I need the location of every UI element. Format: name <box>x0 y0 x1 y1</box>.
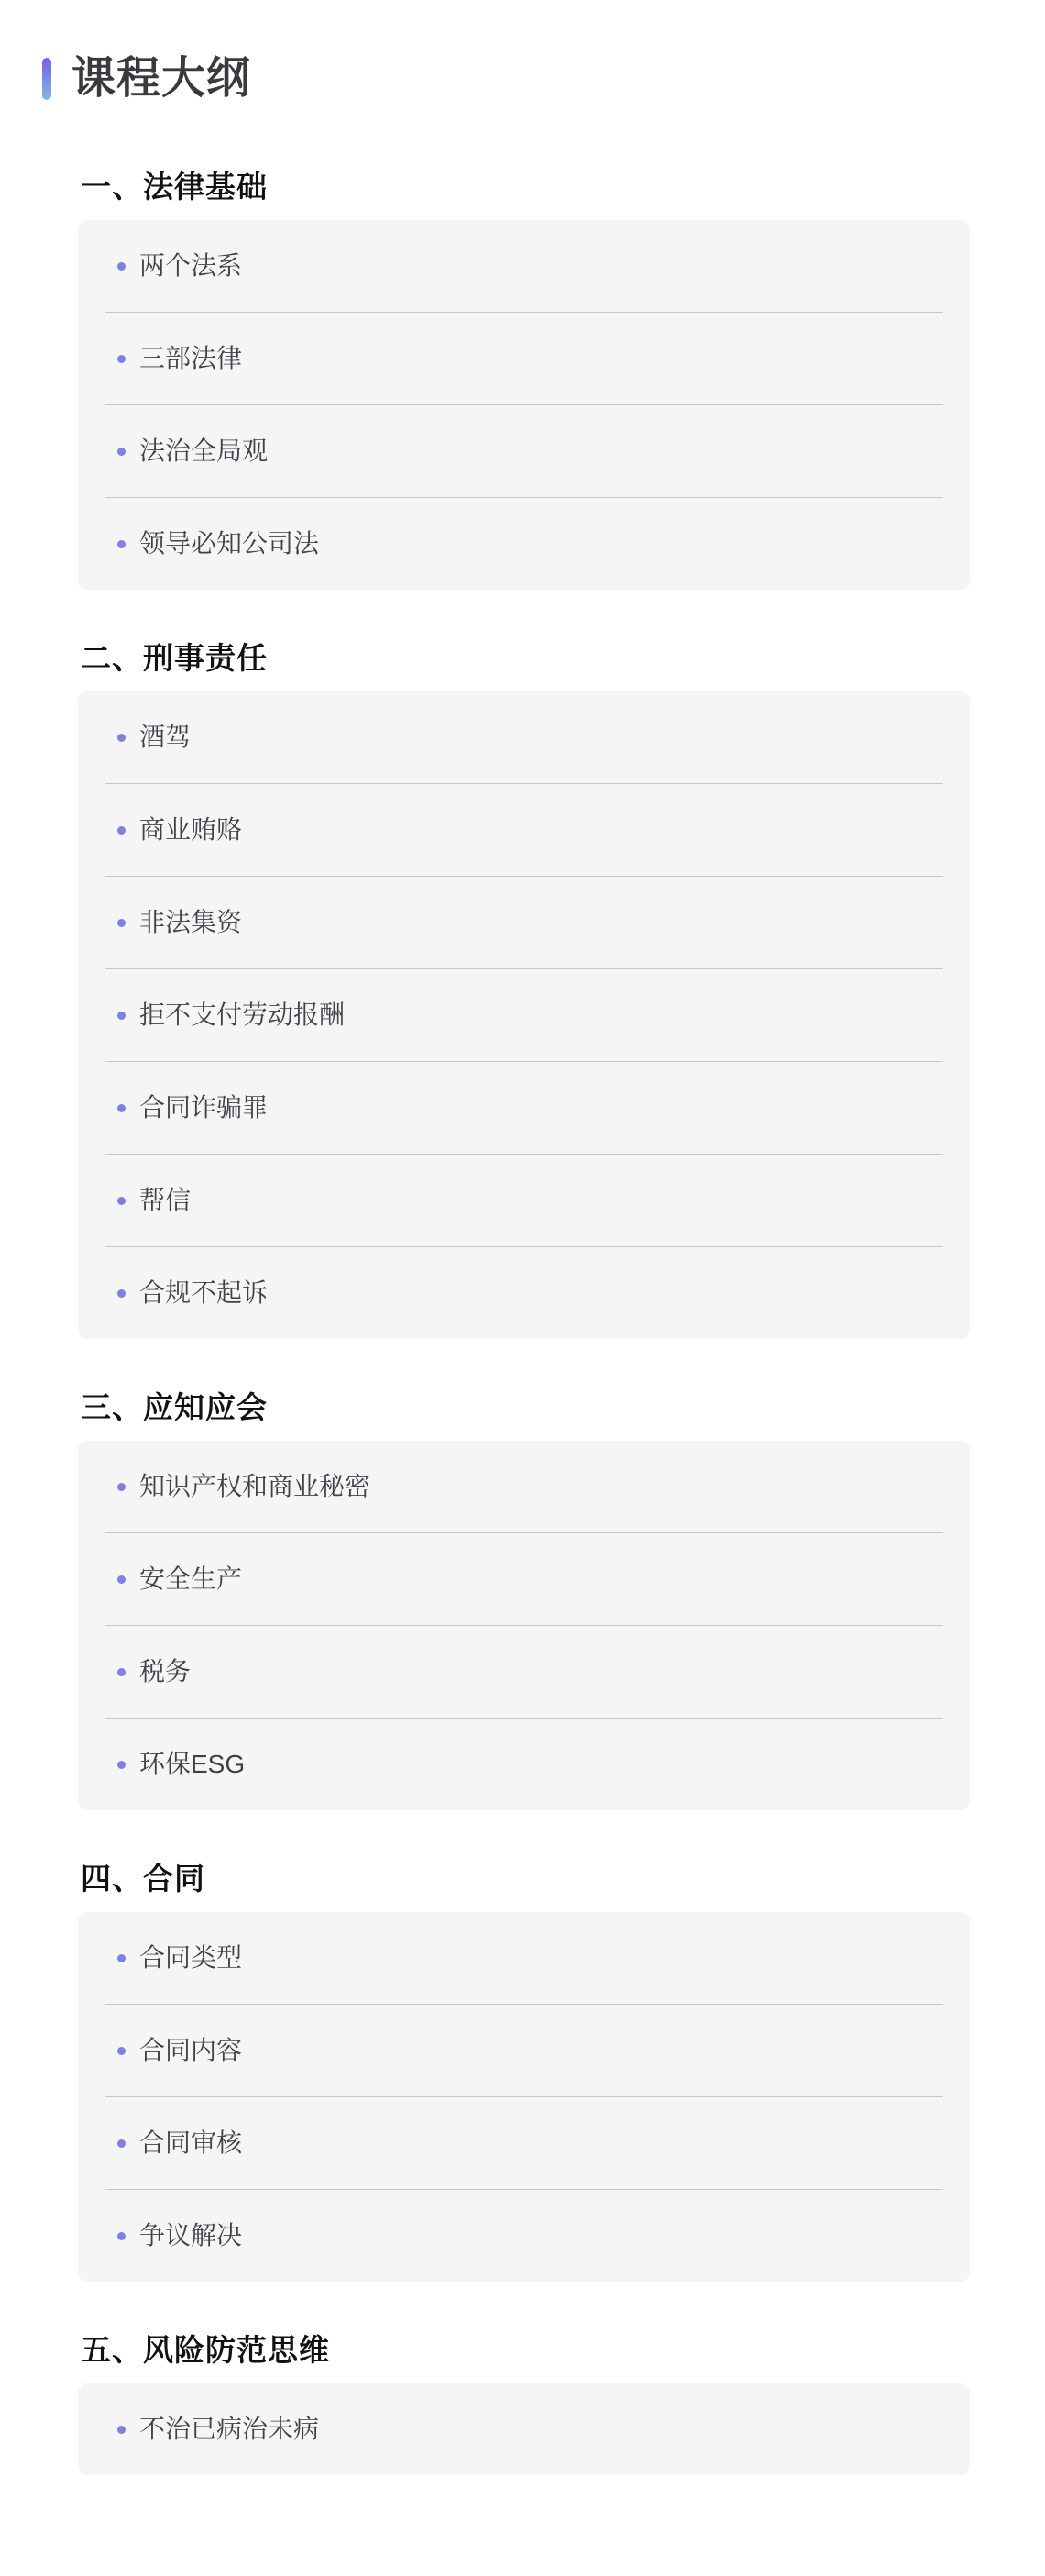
outline-item-label: 法治全局观 <box>139 435 268 468</box>
outline-item: 环保ESG <box>78 1719 970 1810</box>
course-section: 五、风险防范思维 不治已病治未病 <box>0 2335 1045 2475</box>
outline-item-label: 合同审核 <box>139 2127 242 2160</box>
outline-item-label: 合同诈骗罪 <box>139 1091 268 1124</box>
course-outline-page: 课程大纲 一、法律基础 两个法系三部法律法治全局观领导必知公司法 二、刑事责任 … <box>0 0 1045 2576</box>
bullet-dot-icon <box>117 1483 126 1491</box>
bullet-dot-icon <box>117 919 126 927</box>
outline-item: 税务 <box>78 1626 970 1718</box>
outline-item: 不治已病治未病 <box>78 2383 970 2475</box>
bullet-dot-icon <box>117 734 126 742</box>
bullet-dot-icon <box>117 2426 126 2434</box>
outline-item-label: 商业贿赂 <box>139 813 242 846</box>
bullet-dot-icon <box>117 2047 126 2055</box>
outline-item: 非法集资 <box>78 877 970 968</box>
section-card: 酒驾商业贿赂非法集资拒不支付劳动报酬合同诈骗罪帮信合规不起诉 <box>78 691 970 1339</box>
outline-item-label: 不治已病治未病 <box>139 2413 319 2446</box>
bullet-dot-icon <box>117 540 126 548</box>
section-heading: 五、风险防范思维 <box>81 2335 970 2365</box>
outline-item: 合同类型 <box>78 1912 970 2004</box>
bullet-dot-icon <box>117 448 126 456</box>
outline-item: 争议解决 <box>78 2190 970 2282</box>
bullet-dot-icon <box>117 1012 126 1020</box>
outline-item-label: 合同类型 <box>139 1941 242 1974</box>
outline-item-label: 非法集资 <box>139 906 242 939</box>
outline-item: 领导必知公司法 <box>78 498 970 590</box>
outline-item-label: 争议解决 <box>139 2219 242 2252</box>
outline-item: 合规不起诉 <box>78 1247 970 1339</box>
outline-item-label: 环保ESG <box>139 1748 245 1781</box>
course-section: 四、合同 合同类型合同内容合同审核争议解决 <box>0 1863 1045 2282</box>
outline-item: 拒不支付劳动报酬 <box>78 969 970 1061</box>
bullet-dot-icon <box>117 2139 126 2148</box>
section-heading: 一、法律基础 <box>81 171 970 202</box>
bullet-dot-icon <box>117 1104 126 1112</box>
outline-item: 两个法系 <box>78 220 970 312</box>
course-section: 三、应知应会 知识产权和商业秘密安全生产税务环保ESG <box>0 1392 1045 1810</box>
bullet-dot-icon <box>117 2232 126 2240</box>
outline-item-label: 三部法律 <box>139 342 242 375</box>
sections-container: 一、法律基础 两个法系三部法律法治全局观领导必知公司法 二、刑事责任 酒驾商业贿… <box>0 171 1045 2475</box>
section-card: 知识产权和商业秘密安全生产税务环保ESG <box>78 1441 970 1810</box>
bullet-dot-icon <box>117 826 126 835</box>
outline-item-label: 两个法系 <box>139 249 242 282</box>
outline-item-label: 安全生产 <box>139 1563 242 1596</box>
bullet-dot-icon <box>117 1761 126 1769</box>
section-card: 两个法系三部法律法治全局观领导必知公司法 <box>78 220 970 590</box>
section-heading: 三、应知应会 <box>81 1392 970 1422</box>
bullet-dot-icon <box>117 1575 126 1584</box>
bullet-dot-icon <box>117 262 126 271</box>
page-header: 课程大纲 <box>42 57 1045 101</box>
outline-item: 知识产权和商业秘密 <box>78 1441 970 1532</box>
bullet-dot-icon <box>117 1668 126 1676</box>
outline-item: 合同内容 <box>78 2005 970 2096</box>
outline-item: 帮信 <box>78 1155 970 1246</box>
outline-item-label: 合同内容 <box>139 2034 242 2067</box>
course-section: 二、刑事责任 酒驾商业贿赂非法集资拒不支付劳动报酬合同诈骗罪帮信合规不起诉 <box>0 643 1045 1339</box>
section-heading: 四、合同 <box>81 1863 970 1894</box>
section-card: 合同类型合同内容合同审核争议解决 <box>78 1912 970 2282</box>
page-title: 课程大纲 <box>71 57 251 101</box>
bullet-dot-icon <box>117 355 126 363</box>
outline-item-label: 税务 <box>139 1655 191 1688</box>
outline-item: 合同审核 <box>78 2097 970 2189</box>
outline-item-label: 酒驾 <box>139 721 191 754</box>
accent-bar-icon <box>42 58 51 100</box>
outline-item: 酒驾 <box>78 691 970 783</box>
outline-item: 安全生产 <box>78 1533 970 1625</box>
section-heading: 二、刑事责任 <box>81 643 970 673</box>
outline-item-label: 合规不起诉 <box>139 1277 268 1310</box>
outline-item-label: 知识产权和商业秘密 <box>139 1470 370 1503</box>
outline-item: 三部法律 <box>78 313 970 404</box>
section-card: 不治已病治未病 <box>78 2383 970 2475</box>
bullet-dot-icon <box>117 1197 126 1205</box>
outline-item: 合同诈骗罪 <box>78 1062 970 1154</box>
course-section: 一、法律基础 两个法系三部法律法治全局观领导必知公司法 <box>0 171 1045 590</box>
outline-item-label: 领导必知公司法 <box>139 527 319 560</box>
outline-item: 商业贿赂 <box>78 784 970 876</box>
bullet-dot-icon <box>117 1954 126 1962</box>
outline-item-label: 拒不支付劳动报酬 <box>139 999 345 1032</box>
outline-item-label: 帮信 <box>139 1184 191 1217</box>
outline-item: 法治全局观 <box>78 405 970 497</box>
bullet-dot-icon <box>117 1289 126 1298</box>
